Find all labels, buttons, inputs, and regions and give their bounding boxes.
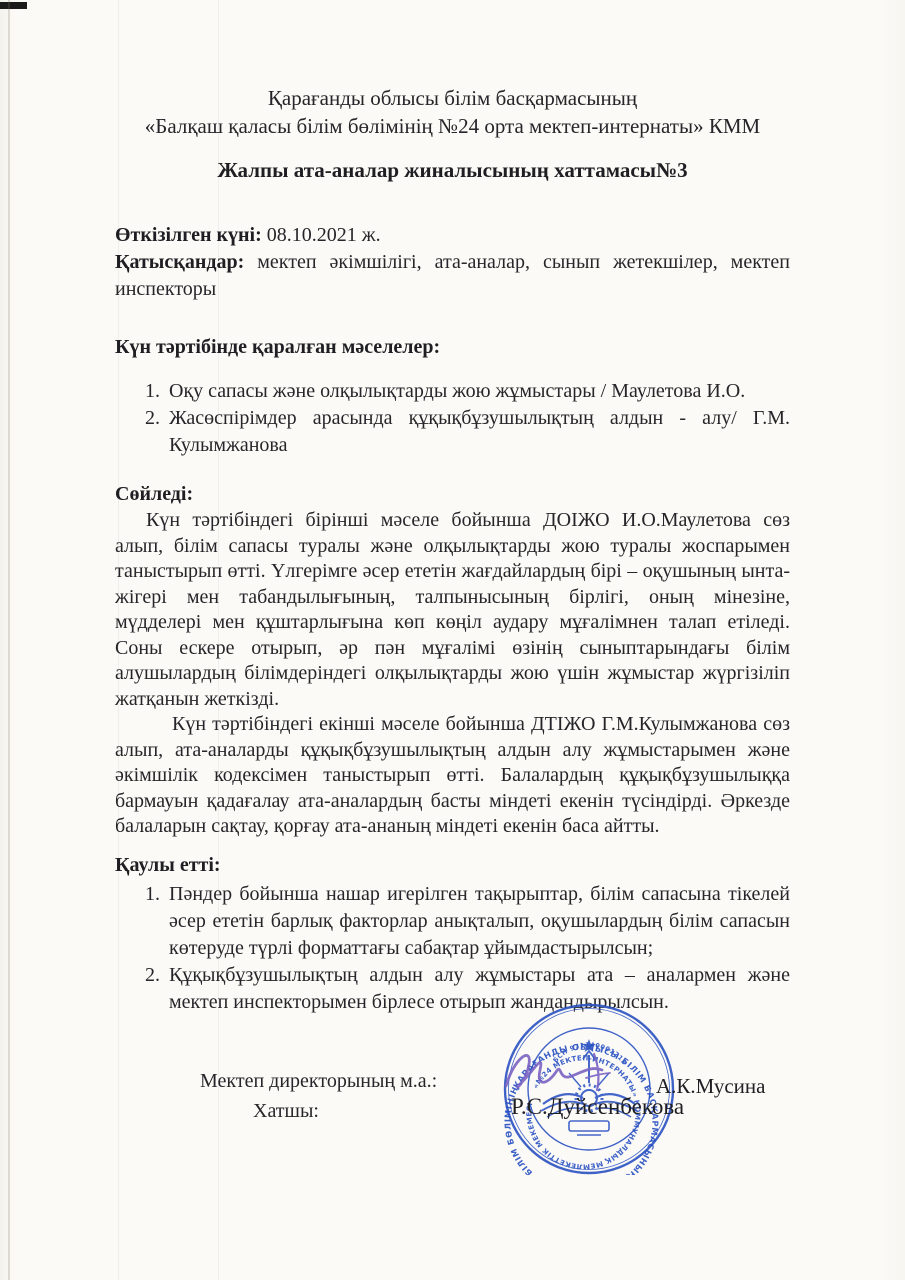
participants-row: Қатысқандар: мектеп әкімшілігі, ата-анал…	[115, 249, 790, 303]
resolution-heading: Қаулы етті:	[115, 852, 790, 879]
agenda-heading: Күн тәртібінде қаралған мәселелер:	[115, 334, 790, 361]
resolution-item: Құқықбұзушылықтың алдын алу жұмыстары ат…	[165, 962, 790, 1016]
date-value: 08.10.2021 ж.	[262, 224, 381, 246]
svg-text:ҚАРАҒАНДЫ ОБЛЫСЫ БІЛІМ БАСҚАРМ: ҚАРАҒАНДЫ ОБЛЫСЫ БІЛІМ БАСҚАРМАСЫНЫҢ БАЛ…	[503, 1042, 661, 1175]
participants-label: Қатысқандар:	[115, 251, 244, 273]
speeches-heading: Сөйледі:	[115, 481, 790, 508]
stamp-star-icon	[582, 1039, 596, 1052]
secretary-name: Р.С.Дуйсенбекова	[511, 1094, 684, 1120]
director-name: А.К.Мусина	[656, 1074, 765, 1099]
resolution-list: Пәндер бойынша нашар игерілген тақырыпта…	[115, 881, 790, 1016]
stamp-svg: ҚАРАҒАНДЫ ОБЛЫСЫ БІЛІМ БАСҚАРМАСЫНЫҢ БАЛ…	[503, 1003, 675, 1175]
meta-block: Өткізілген күні: 08.10.2021 ж. Қатысқанд…	[115, 222, 790, 303]
stamp-inner-ring-text: «№24 МЕКТЕП-ИНТЕРНАТЫ» КОММУНАЛДЫҚ МЕМЛЕ…	[525, 1054, 641, 1170]
meeting-date-row: Өткізілген күні: 08.10.2021 ж.	[115, 222, 790, 249]
handwritten-signature	[498, 1040, 668, 1102]
stamp-emblem-icon	[541, 1051, 637, 1135]
secretary-label: Хатшы:	[253, 1100, 319, 1123]
scanned-document-page: Қарағанды облысы білім басқармасының «Ба…	[0, 0, 905, 1280]
official-stamp-seal: ҚАРАҒАНДЫ ОБЛЫСЫ БІЛІМ БАСҚАРМАСЫНЫҢ БАЛ…	[503, 1003, 675, 1175]
svg-text:БСН 971140001212: БСН 971140001212	[551, 1041, 628, 1067]
svg-text:«№24 МЕКТЕП-ИНТЕРНАТЫ» КОММУНА: «№24 МЕКТЕП-ИНТЕРНАТЫ» КОММУНАЛДЫҚ МЕМЛЕ…	[525, 1054, 641, 1170]
document-header: Қарағанды облысы білім басқармасының «Ба…	[115, 84, 790, 140]
agenda-item: Оқу сапасы және олқылықтарды жою жұмыста…	[165, 378, 790, 405]
stamp-bin-text: БСН 971140001212	[551, 1041, 628, 1067]
document-body: Қарағанды облысы білім басқармасының «Ба…	[0, 0, 905, 1016]
resolution-item: Пәндер бойынша нашар игерілген тақырыпта…	[165, 881, 790, 962]
agenda-list: Оқу сапасы және олқылықтарды жою жұмыста…	[115, 378, 790, 459]
date-label: Өткізілген күні:	[115, 224, 262, 246]
organization-line-1: Қарағанды облысы білім басқармасының	[115, 84, 790, 112]
organization-line-2: «Балқаш қаласы білім бөлімінің №24 орта …	[115, 112, 790, 140]
stamp-outer-ring-text: ҚАРАҒАНДЫ ОБЛЫСЫ БІЛІМ БАСҚАРМАСЫНЫҢ БАЛ…	[503, 1042, 661, 1175]
speech-paragraph: Күн тәртібіндегі бірінші мәселе бойынша …	[115, 508, 790, 712]
director-label: Мектеп директорының м.а.:	[200, 1070, 437, 1093]
agenda-item: Жасөспірімдер арасында құқықбұзушылықтың…	[165, 405, 790, 459]
protocol-title: Жалпы ата-аналар жиналысының хаттамасы№3	[115, 156, 790, 184]
speech-paragraph: Күн тәртібіндегі екінші мәселе бойынша Д…	[115, 712, 790, 840]
